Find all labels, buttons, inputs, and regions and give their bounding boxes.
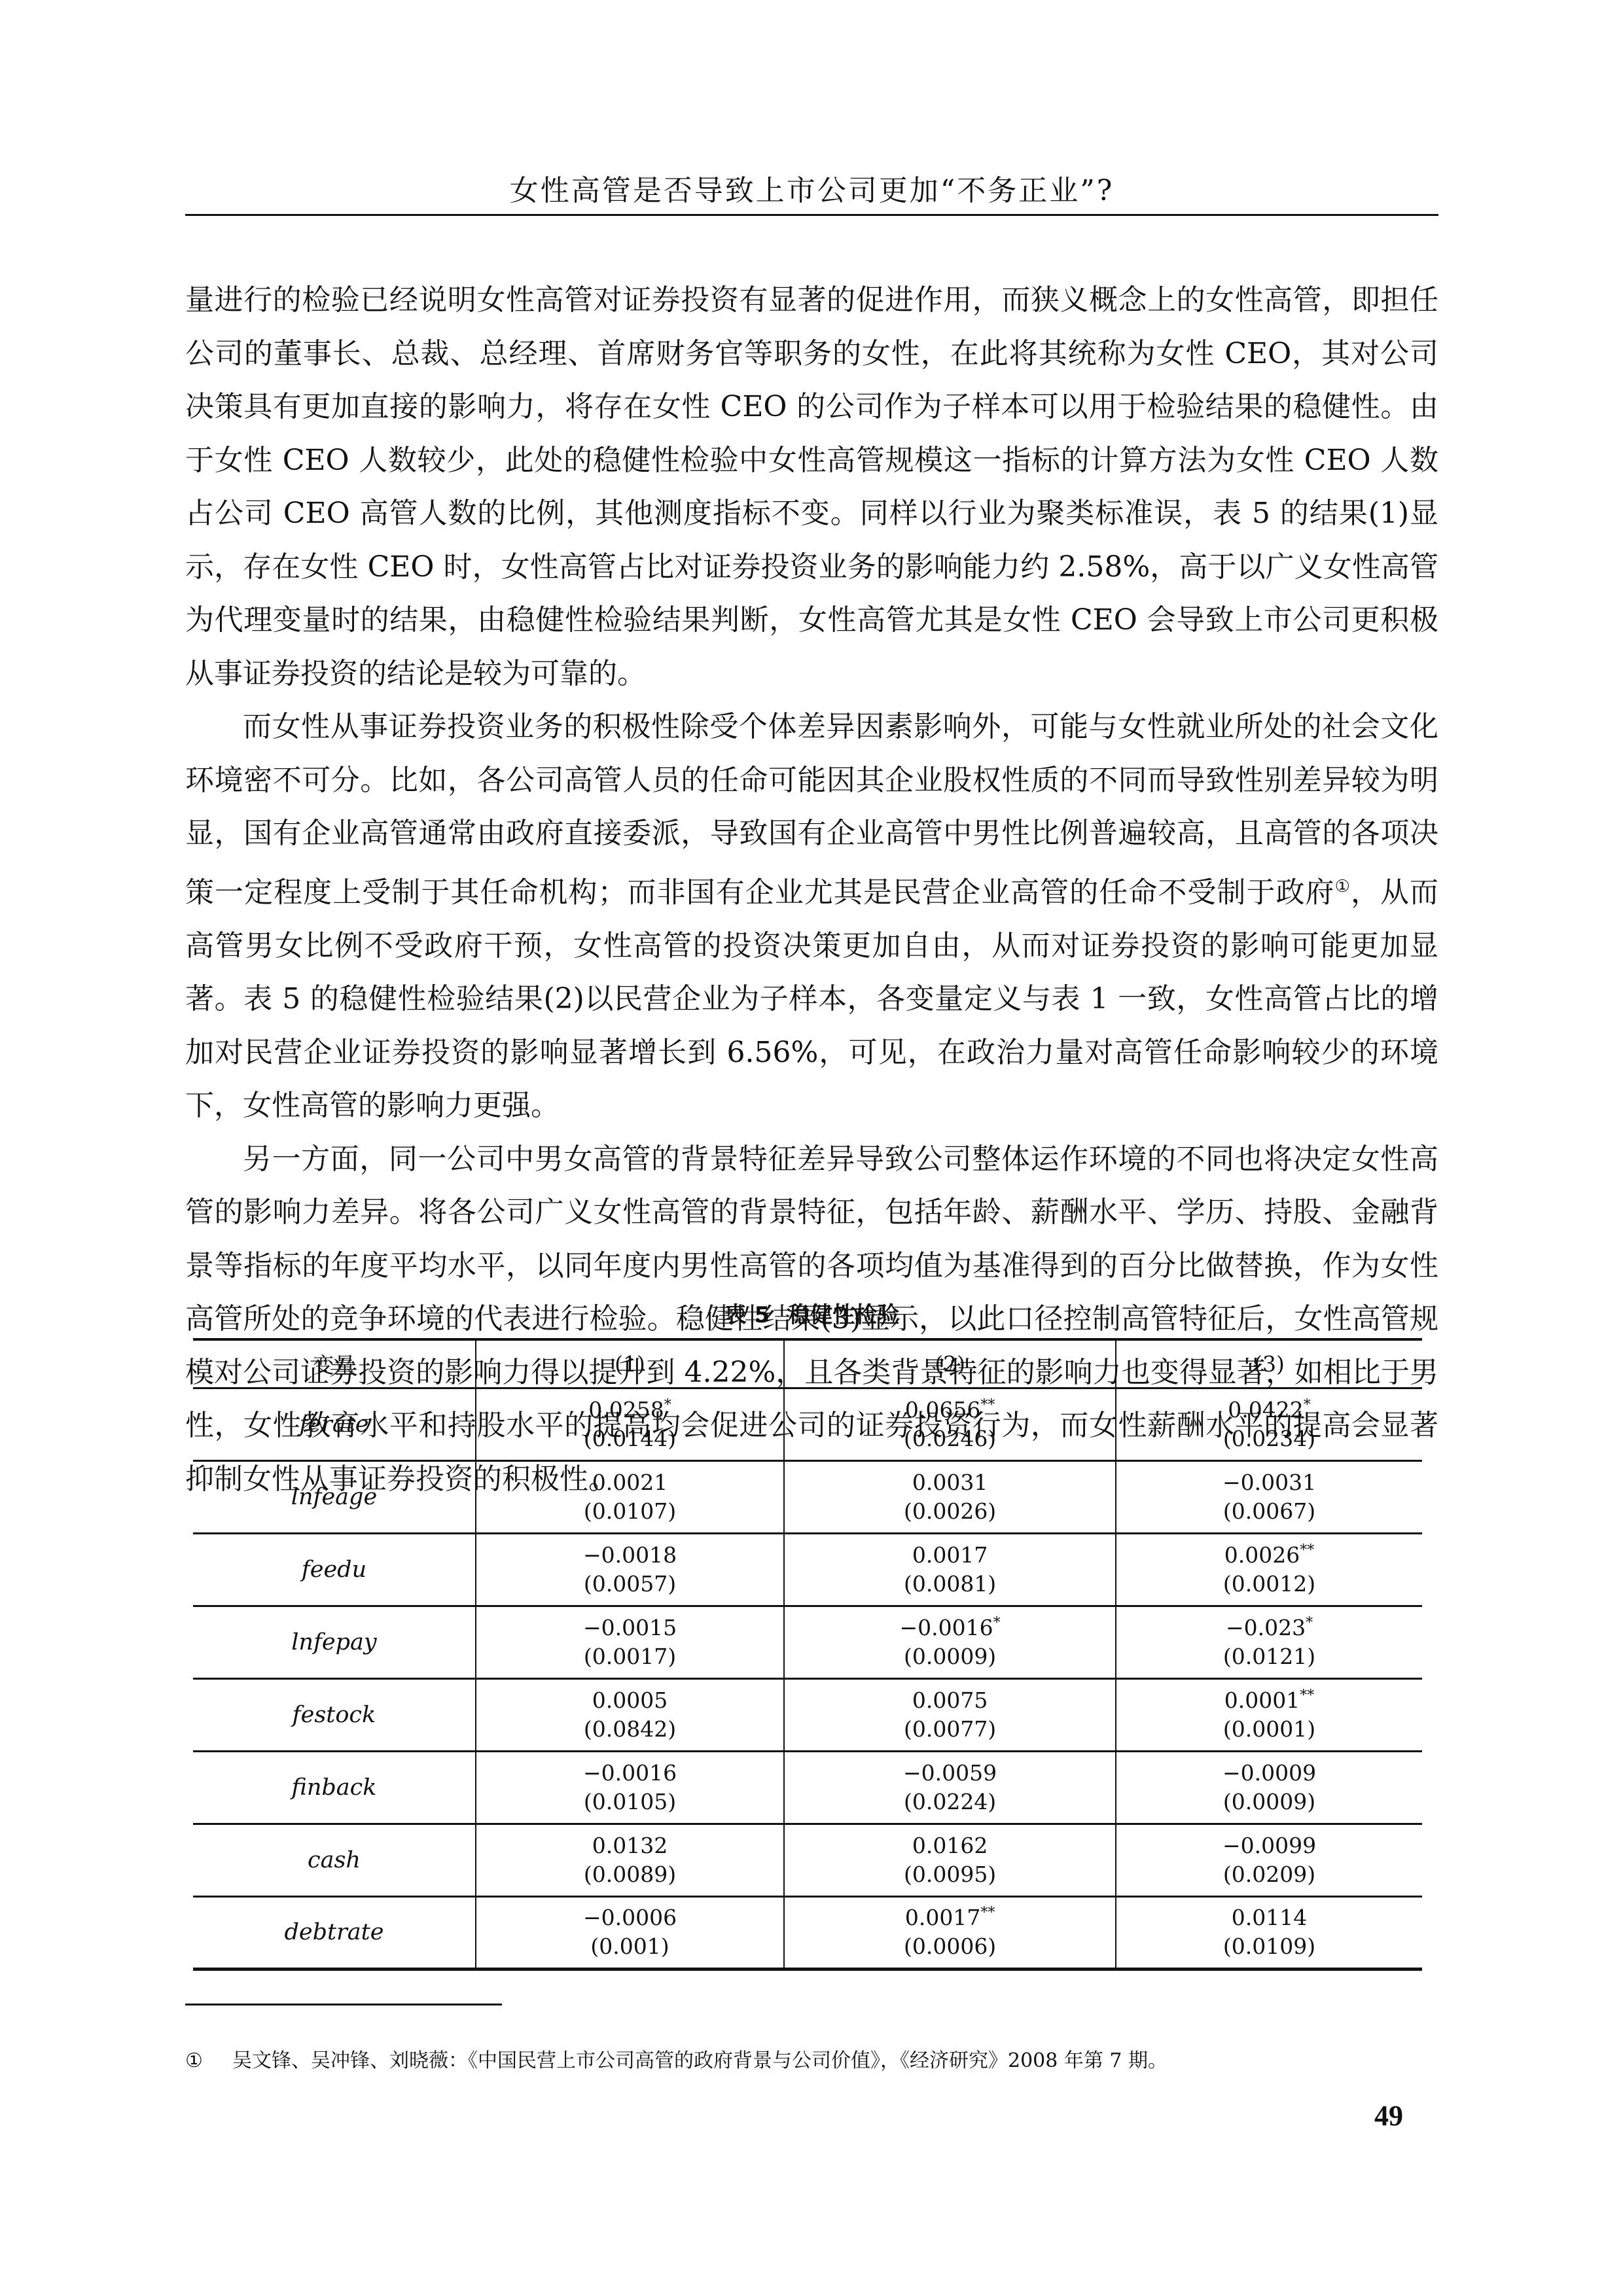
table-row: debtrate−0.0006(0.001)0.0017**(0.0006)0.… [193, 1896, 1422, 1969]
standard-error: (0.0109) [1116, 1932, 1422, 1961]
footnote-text: 吴文锋、吴冲锋、刘晓薇：《中国民营上市公司高管的政府背景与公司价值》，《经济研究… [232, 2049, 1168, 2072]
standard-error: (0.0009) [1116, 1788, 1422, 1816]
coefficient: 0.0075 [912, 1687, 988, 1713]
coefficient-line: 0.0132 [476, 1831, 783, 1860]
cell-col-2: −0.0016*(0.0009) [784, 1606, 1116, 1678]
cell-col-2: −0.0059(0.0224) [784, 1751, 1116, 1824]
cell-col-1: −0.0018(0.0057) [476, 1533, 784, 1606]
footnote-reference[interactable]: ① [1335, 877, 1351, 896]
variable-name: finback [193, 1751, 476, 1824]
page-number: 49 [1374, 2099, 1403, 2132]
standard-error: (0.0089) [476, 1860, 783, 1889]
coefficient-line: 0.0001** [1116, 1686, 1422, 1715]
standard-error: (0.0209) [1116, 1860, 1422, 1889]
standard-error: (0.0077) [785, 1715, 1115, 1744]
cell-col-3: −0.0009(0.0009) [1116, 1751, 1422, 1824]
cell-col-3: 0.0422*(0.0234) [1116, 1388, 1422, 1460]
coefficient-line: 0.0031 [785, 1468, 1115, 1497]
standard-error: (0.001) [476, 1932, 783, 1961]
coefficient: 0.0031 [912, 1470, 988, 1495]
coefficient-line: 0.0258* [476, 1396, 783, 1424]
coefficient: 0.0422 [1228, 1397, 1303, 1422]
footnote-rule [185, 2004, 502, 2005]
table-header-row: 变量 (1) (2) (3) [193, 1339, 1422, 1388]
cell-col-1: −0.0006(0.001) [476, 1896, 784, 1969]
cell-col-1: 0.0258*(0.0144) [476, 1388, 784, 1460]
standard-error: (0.0026) [785, 1497, 1115, 1526]
footnote: ①吴文锋、吴冲锋、刘晓薇：《中国民营上市公司高管的政府背景与公司价值》，《经济研… [185, 2047, 1438, 2075]
variable-name: ferate [193, 1388, 476, 1460]
header-col-2: (2) [784, 1339, 1116, 1388]
standard-error: (0.0006) [785, 1932, 1115, 1961]
variable-name: lnfeage [193, 1460, 476, 1533]
table-row: festock0.0005(0.0842)0.0075(0.0077)0.000… [193, 1678, 1422, 1751]
cell-col-2: 0.0031(0.0026) [784, 1460, 1116, 1533]
standard-error: (0.0009) [785, 1642, 1115, 1671]
significance-stars: ** [1300, 1542, 1314, 1559]
footnote-mark: ① [185, 2047, 232, 2075]
cell-col-3: −0.0099(0.0209) [1116, 1824, 1422, 1896]
coefficient-line: 0.0656** [785, 1396, 1115, 1424]
significance-stars: * [664, 1397, 671, 1413]
significance-stars: ** [980, 1905, 995, 1921]
coefficient-line: −0.0016* [785, 1614, 1115, 1642]
coefficient: 0.0017 [905, 1905, 980, 1930]
paragraph-2-part-2: ，从而高管男女比例不受政府干预，女性高管的投资决策更加自由，从而对证券投资的影响… [185, 875, 1438, 1122]
header-rule [185, 214, 1438, 216]
coefficient: 0.0132 [592, 1833, 668, 1858]
variable-name: lnfepay [193, 1606, 476, 1678]
coefficient: −0.0018 [583, 1542, 677, 1568]
standard-error: (0.0012) [1116, 1570, 1422, 1598]
coefficient-line: −0.0031 [1116, 1468, 1422, 1497]
table-row: finback−0.0016(0.0105)−0.0059(0.0224)−0.… [193, 1751, 1422, 1824]
coefficient-line: −0.0018 [476, 1541, 783, 1570]
standard-error: (0.0246) [785, 1424, 1115, 1453]
header-col-1: (1) [476, 1339, 784, 1388]
coefficient: 0.0656 [905, 1397, 980, 1422]
standard-error: (0.0057) [476, 1570, 783, 1598]
standard-error: (0.0105) [476, 1788, 783, 1816]
coefficient: 0.0162 [912, 1833, 988, 1858]
cell-col-2: 0.0656**(0.0246) [784, 1388, 1116, 1460]
coefficient-line: 0.0017** [785, 1903, 1115, 1932]
cell-col-2: 0.0017**(0.0006) [784, 1896, 1116, 1969]
standard-error: (0.0234) [1116, 1424, 1422, 1453]
cell-col-2: 0.0017(0.0081) [784, 1533, 1116, 1606]
running-title: 女性高管是否导致上市公司更加“不务正业”? [185, 171, 1438, 211]
cell-col-2: 0.0075(0.0077) [784, 1678, 1116, 1751]
significance-stars: * [1306, 1615, 1313, 1631]
table-row: lnfeage0.0021(0.0107)0.0031(0.0026)−0.00… [193, 1460, 1422, 1533]
robustness-table: 变量 (1) (2) (3) ferate0.0258*(0.0144)0.06… [193, 1338, 1422, 1971]
standard-error: (0.0017) [476, 1642, 783, 1671]
standard-error: (0.0121) [1116, 1642, 1422, 1671]
standard-error: (0.0067) [1116, 1497, 1422, 1526]
cell-col-3: 0.0001**(0.0001) [1116, 1678, 1422, 1751]
significance-stars: ** [980, 1397, 995, 1413]
standard-error: (0.0001) [1116, 1715, 1422, 1744]
coefficient-line: −0.0006 [476, 1903, 783, 1932]
header-variable: 变量 [193, 1339, 476, 1388]
variable-name: feedu [193, 1533, 476, 1606]
coefficient-line: 0.0021 [476, 1468, 783, 1497]
coefficient-line: 0.0114 [1116, 1903, 1422, 1932]
standard-error: (0.0842) [476, 1715, 783, 1744]
variable-name: cash [193, 1824, 476, 1896]
table-row: ferate0.0258*(0.0144)0.0656**(0.0246)0.0… [193, 1388, 1422, 1460]
coefficient: 0.0258 [588, 1397, 664, 1422]
cell-col-1: −0.0016(0.0105) [476, 1751, 784, 1824]
coefficient-line: −0.0009 [1116, 1759, 1422, 1788]
coefficient: 0.0005 [592, 1687, 668, 1713]
standard-error: (0.0095) [785, 1860, 1115, 1889]
coefficient-line: 0.0017 [785, 1541, 1115, 1570]
standard-error: (0.0224) [785, 1788, 1115, 1816]
table-caption: 表 5稳健性检验 [185, 1299, 1438, 1332]
variable-name: festock [193, 1678, 476, 1751]
coefficient: −0.0016 [583, 1760, 677, 1786]
coefficient: 0.0026 [1224, 1542, 1300, 1568]
coefficient-line: −0.023* [1116, 1614, 1422, 1642]
table-caption-number: 表 5 [724, 1302, 770, 1328]
coefficient: −0.0016 [900, 1615, 993, 1640]
cell-col-3: −0.0031(0.0067) [1116, 1460, 1422, 1533]
cell-col-1: −0.0015(0.0017) [476, 1606, 784, 1678]
cell-col-1: 0.0021(0.0107) [476, 1460, 784, 1533]
header-col-3: (3) [1116, 1339, 1422, 1388]
coefficient: −0.0006 [583, 1905, 677, 1930]
coefficient: −0.0099 [1222, 1833, 1316, 1858]
coefficient: 0.0114 [1232, 1905, 1307, 1930]
coefficient: −0.0031 [1222, 1470, 1316, 1495]
cell-col-3: 0.0114(0.0109) [1116, 1896, 1422, 1969]
standard-error: (0.0107) [476, 1497, 783, 1526]
table-row: feedu−0.0018(0.0057)0.0017(0.0081)0.0026… [193, 1533, 1422, 1606]
table-row: lnfepay−0.0015(0.0017)−0.0016*(0.0009)−0… [193, 1606, 1422, 1678]
standard-error: (0.0081) [785, 1570, 1115, 1598]
table-caption-title: 稳健性检验 [788, 1302, 899, 1328]
cell-col-1: 0.0132(0.0089) [476, 1824, 784, 1896]
coefficient-line: 0.0422* [1116, 1396, 1422, 1424]
paragraph-2: 而女性从事证券投资业务的积极性除受个体差异因素影响外，可能与女性就业所处的社会文… [185, 700, 1438, 1133]
table-row: cash0.0132(0.0089)0.0162(0.0095)−0.0099(… [193, 1824, 1422, 1896]
paragraph-1: 量进行的检验已经说明女性高管对证券投资有显著的促进作用，而狭义概念上的女性高管，… [185, 274, 1438, 700]
coefficient: 0.0021 [592, 1470, 668, 1495]
coefficient: 0.0001 [1224, 1687, 1300, 1713]
cell-col-3: 0.0026**(0.0012) [1116, 1533, 1422, 1606]
standard-error: (0.0144) [476, 1424, 783, 1453]
paragraph-2-part-1: 而女性从事证券投资业务的积极性除受个体差异因素影响外，可能与女性就业所处的社会文… [185, 710, 1438, 909]
coefficient-line: −0.0015 [476, 1614, 783, 1642]
coefficient: −0.0059 [903, 1760, 997, 1786]
variable-name: debtrate [193, 1896, 476, 1969]
significance-stars: * [1304, 1397, 1311, 1413]
coefficient-line: −0.0099 [1116, 1831, 1422, 1860]
table-body: ferate0.0258*(0.0144)0.0656**(0.0246)0.0… [193, 1388, 1422, 1969]
coefficient: 0.0017 [912, 1542, 988, 1568]
coefficient: −0.0009 [1222, 1760, 1316, 1786]
cell-col-1: 0.0005(0.0842) [476, 1678, 784, 1751]
coefficient-line: 0.0162 [785, 1831, 1115, 1860]
cell-col-3: −0.023*(0.0121) [1116, 1606, 1422, 1678]
significance-stars: * [993, 1615, 1001, 1631]
coefficient-line: 0.0075 [785, 1686, 1115, 1715]
cell-col-2: 0.0162(0.0095) [784, 1824, 1116, 1896]
coefficient-line: 0.0026** [1116, 1541, 1422, 1570]
significance-stars: ** [1300, 1687, 1314, 1704]
coefficient-line: −0.0016 [476, 1759, 783, 1788]
coefficient-line: 0.0005 [476, 1686, 783, 1715]
coefficient-line: −0.0059 [785, 1759, 1115, 1788]
coefficient: −0.023 [1226, 1615, 1306, 1640]
coefficient: −0.0015 [583, 1615, 677, 1640]
